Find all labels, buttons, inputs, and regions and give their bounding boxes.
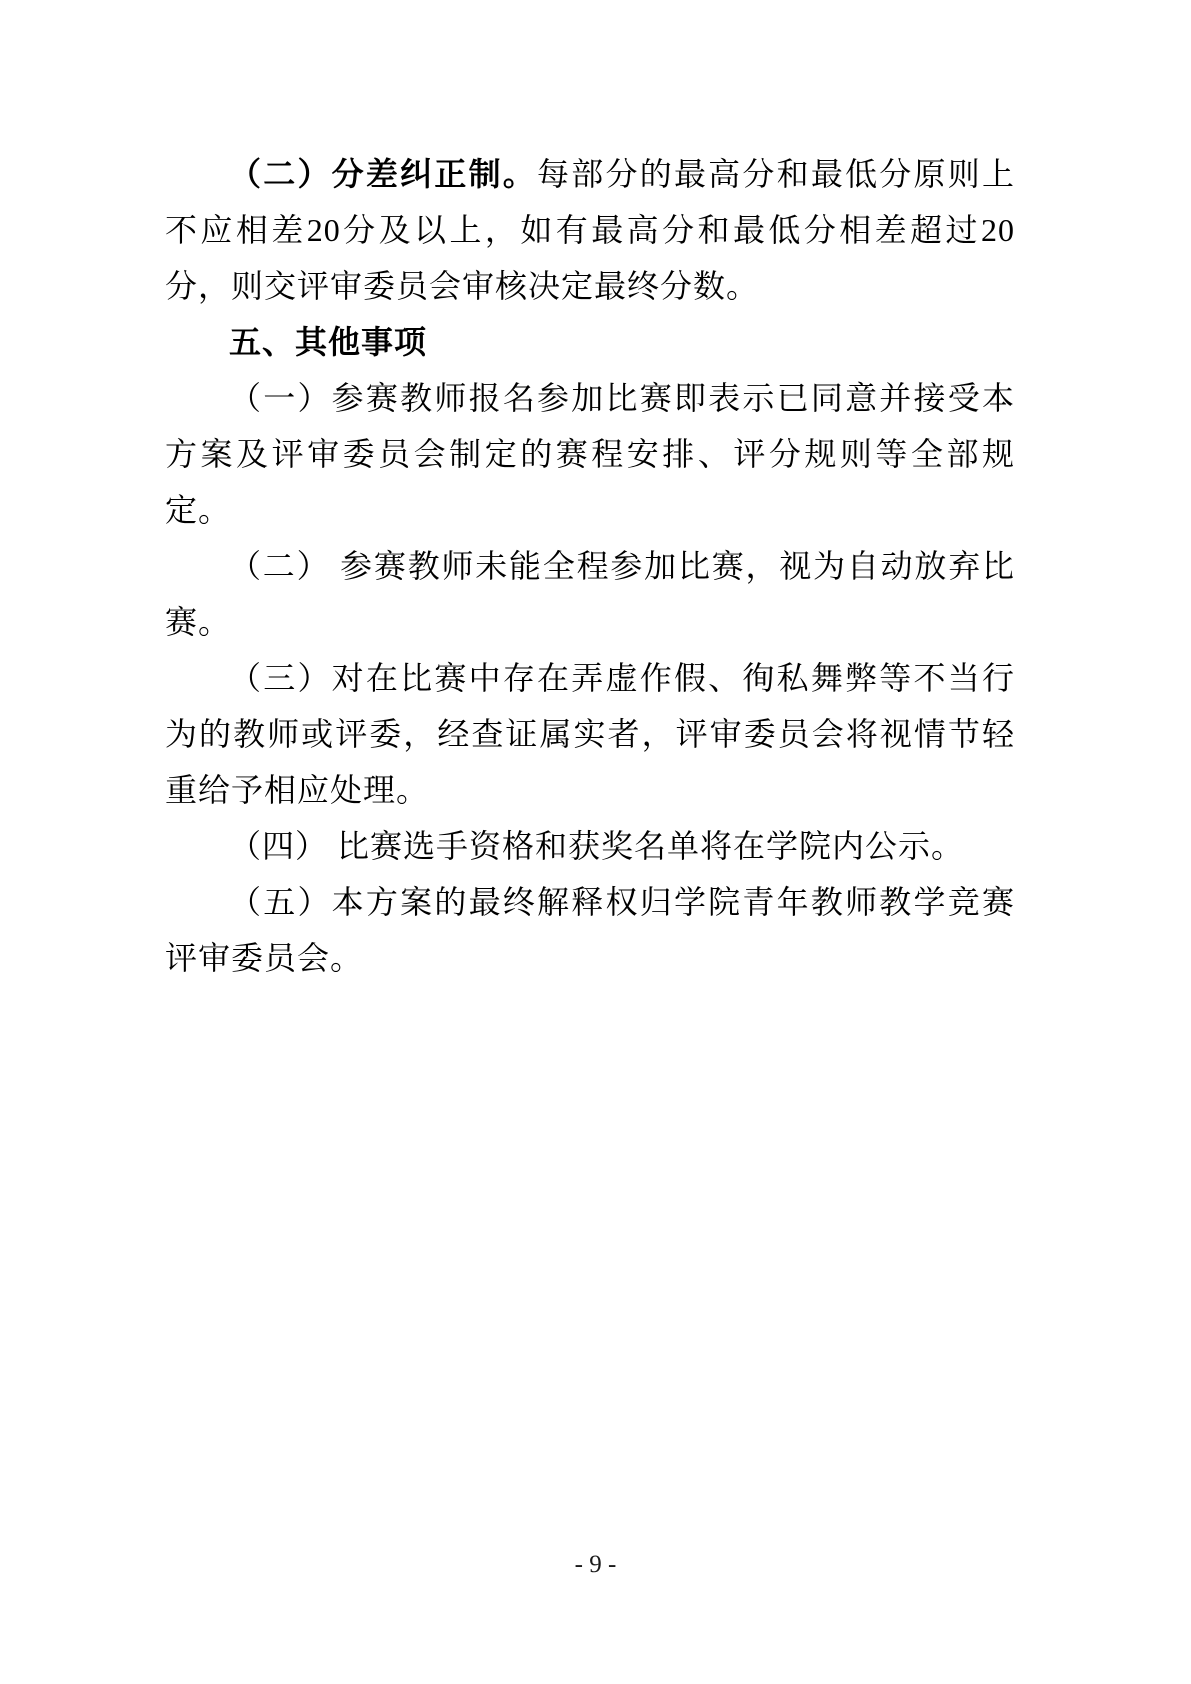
document-body: （二）分差纠正制。每部分的最高分和最低分原则上不应相差20分及以上，如有最高分和… [165,146,1015,986]
paragraph-item-2: （二） 参赛教师未能全程参加比赛，视为自动放弃比赛。 [165,538,1015,650]
paragraph-lead-bold: （二）分差纠正制。 [229,156,537,192]
section-heading-other-matters: 五、其他事项 [165,314,1015,370]
page-number: - 9 - [0,1550,1191,1580]
paragraph-item-1: （一）参赛教师报名参加比赛即表示已同意并接受本方案及评审委员会制定的赛程安排、评… [165,370,1015,538]
paragraph-item-4: （四） 比赛选手资格和获奖名单将在学院内公示。 [165,818,1015,874]
paragraph-item-3: （三）对在比赛中存在弄虚作假、徇私舞弊等不当行为的教师或评委，经查证属实者，评审… [165,650,1015,818]
paragraph-score-gap-correction: （二）分差纠正制。每部分的最高分和最低分原则上不应相差20分及以上，如有最高分和… [165,146,1015,314]
paragraph-item-5: （五）本方案的最终解释权归学院青年教师教学竞赛评审委员会。 [165,874,1015,986]
document-page: （二）分差纠正制。每部分的最高分和最低分原则上不应相差20分及以上，如有最高分和… [0,0,1191,1684]
